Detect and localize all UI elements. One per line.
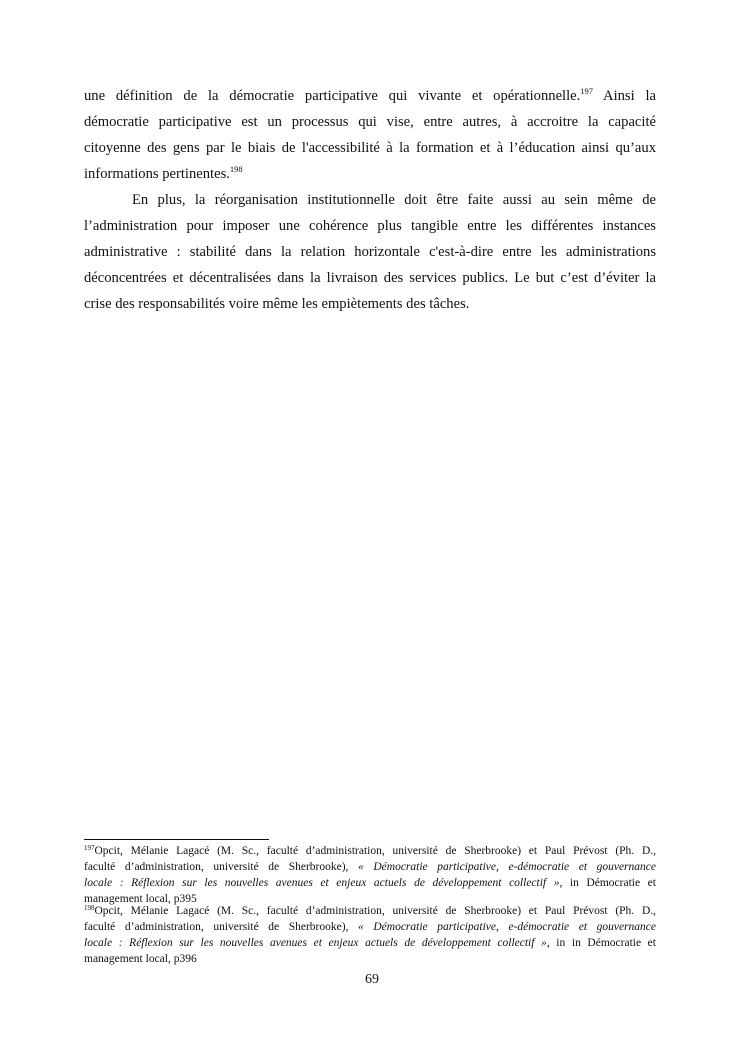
body-text: l’administration pour imposer une cohére… (84, 218, 656, 234)
body-line-8: déconcentrées et décentralisées dans la … (84, 269, 656, 287)
footnote-ref-198[interactable]: 198 (230, 164, 243, 174)
footnote-text: faculté d’administration, université de … (84, 921, 358, 933)
body-line-7: administrative : stabilité dans la relat… (84, 243, 656, 261)
footnote-ref-197[interactable]: 197 (580, 86, 593, 96)
footnote-text: Opcit, Mélanie Lagacé (M. Sc., faculté d… (95, 845, 657, 857)
body-text: administrative : stabilité dans la relat… (84, 244, 656, 260)
footnote-198-line-4: management local, p396 (84, 953, 656, 966)
footnote-198-line-2: faculté d’administration, université de … (84, 921, 656, 934)
body-text: En plus, la réorganisation institutionne… (132, 192, 656, 208)
document-page: une définition de la démocratie particip… (0, 0, 744, 1053)
body-text: crise des responsabilités voire même les… (84, 296, 469, 312)
footnote-text: faculté d’administration, université de … (84, 861, 358, 873)
footnote-number: 198 (84, 904, 95, 912)
footnote-text: Opcit, Mélanie Lagacé (M. Sc., faculté d… (95, 905, 657, 917)
body-text: démocratie participative est un processu… (84, 114, 656, 130)
footnote-198-line-3: locale : Réflexion sur les nouvelles ave… (84, 937, 656, 950)
footnote-197-line-2: faculté d’administration, université de … (84, 861, 656, 874)
footnote-text: , in in Démocratie et (547, 937, 656, 949)
footnote-text: management local, p395 (84, 893, 197, 905)
body-line-1: une définition de la démocratie particip… (84, 87, 656, 105)
footnote-text: management local, p396 (84, 953, 197, 965)
body-text: Ainsi la (593, 88, 656, 104)
footnote-title-italic: « Démocratie participative, e-démocratie… (358, 921, 656, 933)
footnote-title-italic: « Démocratie participative, e-démocratie… (358, 861, 656, 873)
body-text: informations pertinentes. (84, 166, 230, 182)
footnote-197-line-1: 197Opcit, Mélanie Lagacé (M. Sc., facult… (84, 845, 656, 858)
footnote-198-line-1: 198Opcit, Mélanie Lagacé (M. Sc., facult… (84, 905, 656, 918)
footnote-number: 197 (84, 844, 95, 852)
body-line-2: démocratie participative est un processu… (84, 113, 656, 131)
body-line-9: crise des responsabilités voire même les… (84, 295, 656, 313)
footnote-title-italic: locale : Réflexion sur les nouvelles ave… (84, 877, 559, 889)
body-line-6: l’administration pour imposer une cohére… (84, 217, 656, 235)
footnote-197-line-3: locale : Réflexion sur les nouvelles ave… (84, 877, 656, 890)
footnote-title-italic: locale : Réflexion sur les nouvelles ave… (84, 937, 547, 949)
body-text: déconcentrées et décentralisées dans la … (84, 270, 656, 286)
body-text: une définition de la démocratie particip… (84, 88, 580, 104)
body-line-5: En plus, la réorganisation institutionne… (132, 191, 656, 209)
page-number: 69 (0, 972, 744, 988)
body-line-3: citoyenne des gens par le biais de l'acc… (84, 139, 656, 157)
footnote-text: , in Démocratie et (559, 877, 656, 889)
body-line-4: informations pertinentes.198 (84, 165, 656, 183)
body-text: citoyenne des gens par le biais de l'acc… (84, 140, 656, 156)
footnote-separator (84, 839, 269, 840)
